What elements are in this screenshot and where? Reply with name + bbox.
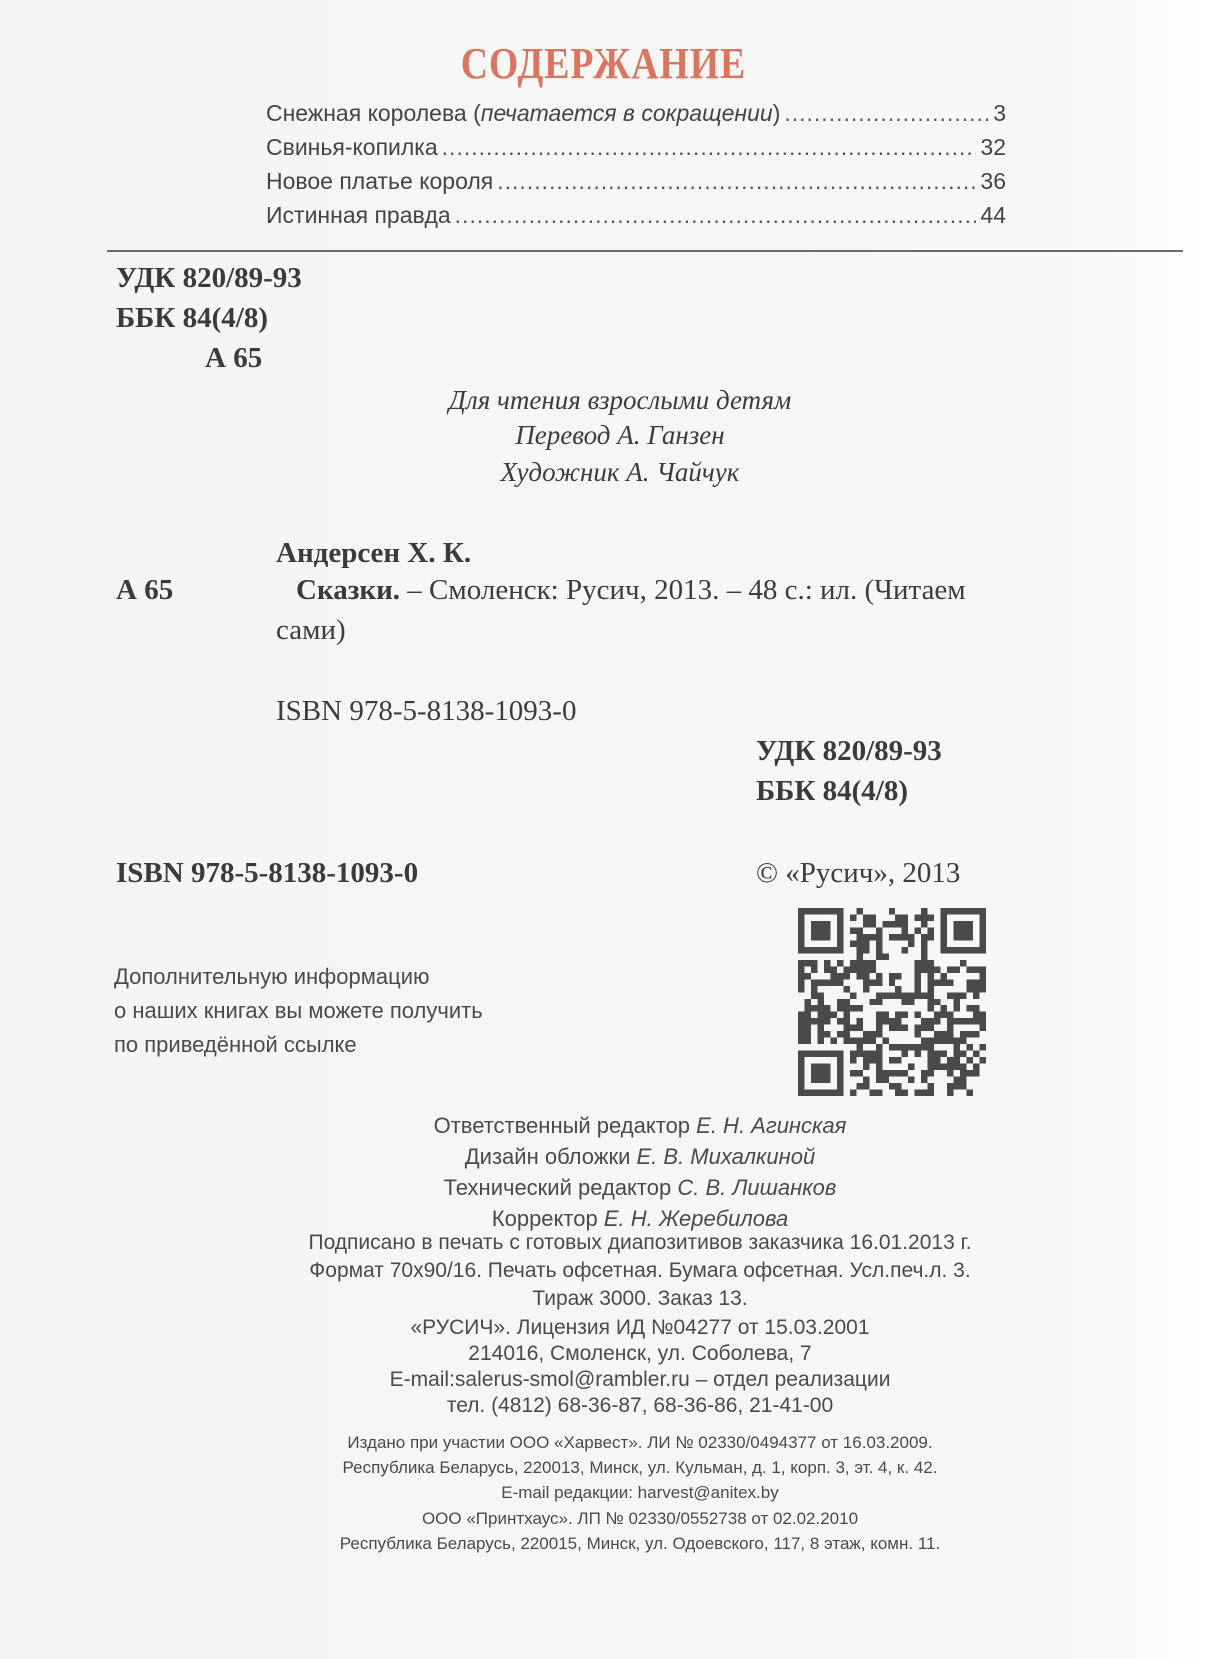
more-info-line: по приведённой ссылке <box>114 1028 483 1062</box>
contents-item-page: 3 <box>993 100 1006 127</box>
contents-title: СОДЕРЖАНИЕ <box>84 38 1122 89</box>
contents-item-title: Снежная королева (печатается в сокращени… <box>266 100 780 127</box>
catalog-author-mark: А 65 <box>116 574 173 607</box>
copyright: © «Русич», 2013 <box>756 857 960 890</box>
print-format: Формат 70x90/16. Печать офсетная. Бумага… <box>200 1257 1080 1285</box>
publisher-info: «РУСИЧ». Лицензия ИД №04277 от 15.03.200… <box>200 1315 1080 1419</box>
co-publisher-line: E-mail редакции: harvest@anitex.by <box>200 1480 1080 1505</box>
contents-list: Снежная королева (печатается в сокращени… <box>266 100 1006 236</box>
print-info: Подписано в печать с готовых диапозитиво… <box>200 1229 1080 1313</box>
udk-code: УДК 820/89-93 <box>116 262 302 295</box>
staff-line: Дизайн обложки Е. В. Михалкиной <box>200 1141 1080 1172</box>
catalog-imprint: – Смоленск: Русич, 2013. – 48 с.: ил. (Ч… <box>400 574 966 606</box>
contents-item-page: 32 <box>980 134 1006 161</box>
contents-item: Новое платье короля 36 <box>266 168 1006 202</box>
catalog-isbn: ISBN 978-5-8138-1093-0 <box>276 695 576 728</box>
contents-item-title: Свинья-копилка <box>266 134 438 161</box>
isbn: ISBN 978-5-8138-1093-0 <box>116 857 418 890</box>
illustrator-credit: Художник А. Чайчук <box>380 457 860 488</box>
contents-item: Свинья-копилка 32 <box>266 134 1006 168</box>
contents-item-title: Новое платье короля <box>266 168 493 195</box>
print-signed: Подписано в печать с готовых диапозитиво… <box>200 1229 1080 1257</box>
contents-item: Снежная королева (печатается в сокращени… <box>266 100 1006 134</box>
publisher-email: E-mail:salerus-smol@rambler.ru – отдел р… <box>200 1367 1080 1393</box>
contents-item-title: Истинная правда <box>266 202 451 229</box>
audience-note: Для чтения взрослыми детям <box>380 385 860 416</box>
catalog-title: Сказки. <box>296 574 400 606</box>
more-info-line: о наших книгах вы можете получить <box>114 994 483 1028</box>
co-publisher-line: Издано при участии ООО «Харвест». ЛИ № 0… <box>200 1430 1080 1455</box>
dot-leader <box>455 202 977 229</box>
dot-leader <box>784 100 989 127</box>
dot-leader <box>497 168 976 195</box>
contents-item-page: 36 <box>980 168 1006 195</box>
catalog-author: Андерсен Х. К. <box>276 537 471 570</box>
co-publisher-info: Издано при участии ООО «Харвест». ЛИ № 0… <box>200 1430 1080 1505</box>
printer-info: ООО «Принтхаус». ЛП № 02330/0552738 от 0… <box>200 1506 1080 1556</box>
contents-item: Истинная правда 44 <box>266 202 1006 236</box>
catalog-udk: УДК 820/89-93 <box>756 735 942 768</box>
divider-rule <box>107 250 1183 252</box>
publisher-phone: тел. (4812) 68-36-87, 68-36-86, 21-41-00 <box>200 1393 1080 1419</box>
more-info-line: Дополнительную информацию <box>114 960 483 994</box>
printer-line: ООО «Принтхаус». ЛП № 02330/0552738 от 0… <box>200 1506 1080 1531</box>
translator-credit: Перевод А. Ганзен <box>380 420 860 451</box>
publisher-address: 214016, Смоленск, ул. Соболева, 7 <box>200 1341 1080 1367</box>
bbk-code: ББК 84(4/8) <box>116 302 268 335</box>
staff-line: Технический редактор С. В. Лишанков <box>200 1172 1080 1203</box>
qr-code-icon[interactable] <box>798 908 986 1096</box>
co-publisher-line: Республика Беларусь, 220013, Минск, ул. … <box>200 1455 1080 1480</box>
catalog-description: Сказки. – Смоленск: Русич, 2013. – 48 с.… <box>296 574 966 607</box>
staff-credits: Ответственный редактор Е. Н. Агинская Ди… <box>200 1110 1080 1234</box>
print-run: Тираж 3000. Заказ 13. <box>200 1285 1080 1313</box>
catalog-bbk: ББК 84(4/8) <box>756 775 908 808</box>
author-mark: А 65 <box>205 342 262 375</box>
catalog-series: сами) <box>276 614 346 647</box>
dot-leader <box>442 134 977 161</box>
contents-item-page: 44 <box>980 202 1006 229</box>
more-info-text: Дополнительную информацию о наших книгах… <box>114 960 483 1062</box>
publisher-license: «РУСИЧ». Лицензия ИД №04277 от 15.03.200… <box>200 1315 1080 1341</box>
printer-line: Республика Беларусь, 220015, Минск, ул. … <box>200 1531 1080 1556</box>
staff-line: Ответственный редактор Е. Н. Агинская <box>200 1110 1080 1141</box>
